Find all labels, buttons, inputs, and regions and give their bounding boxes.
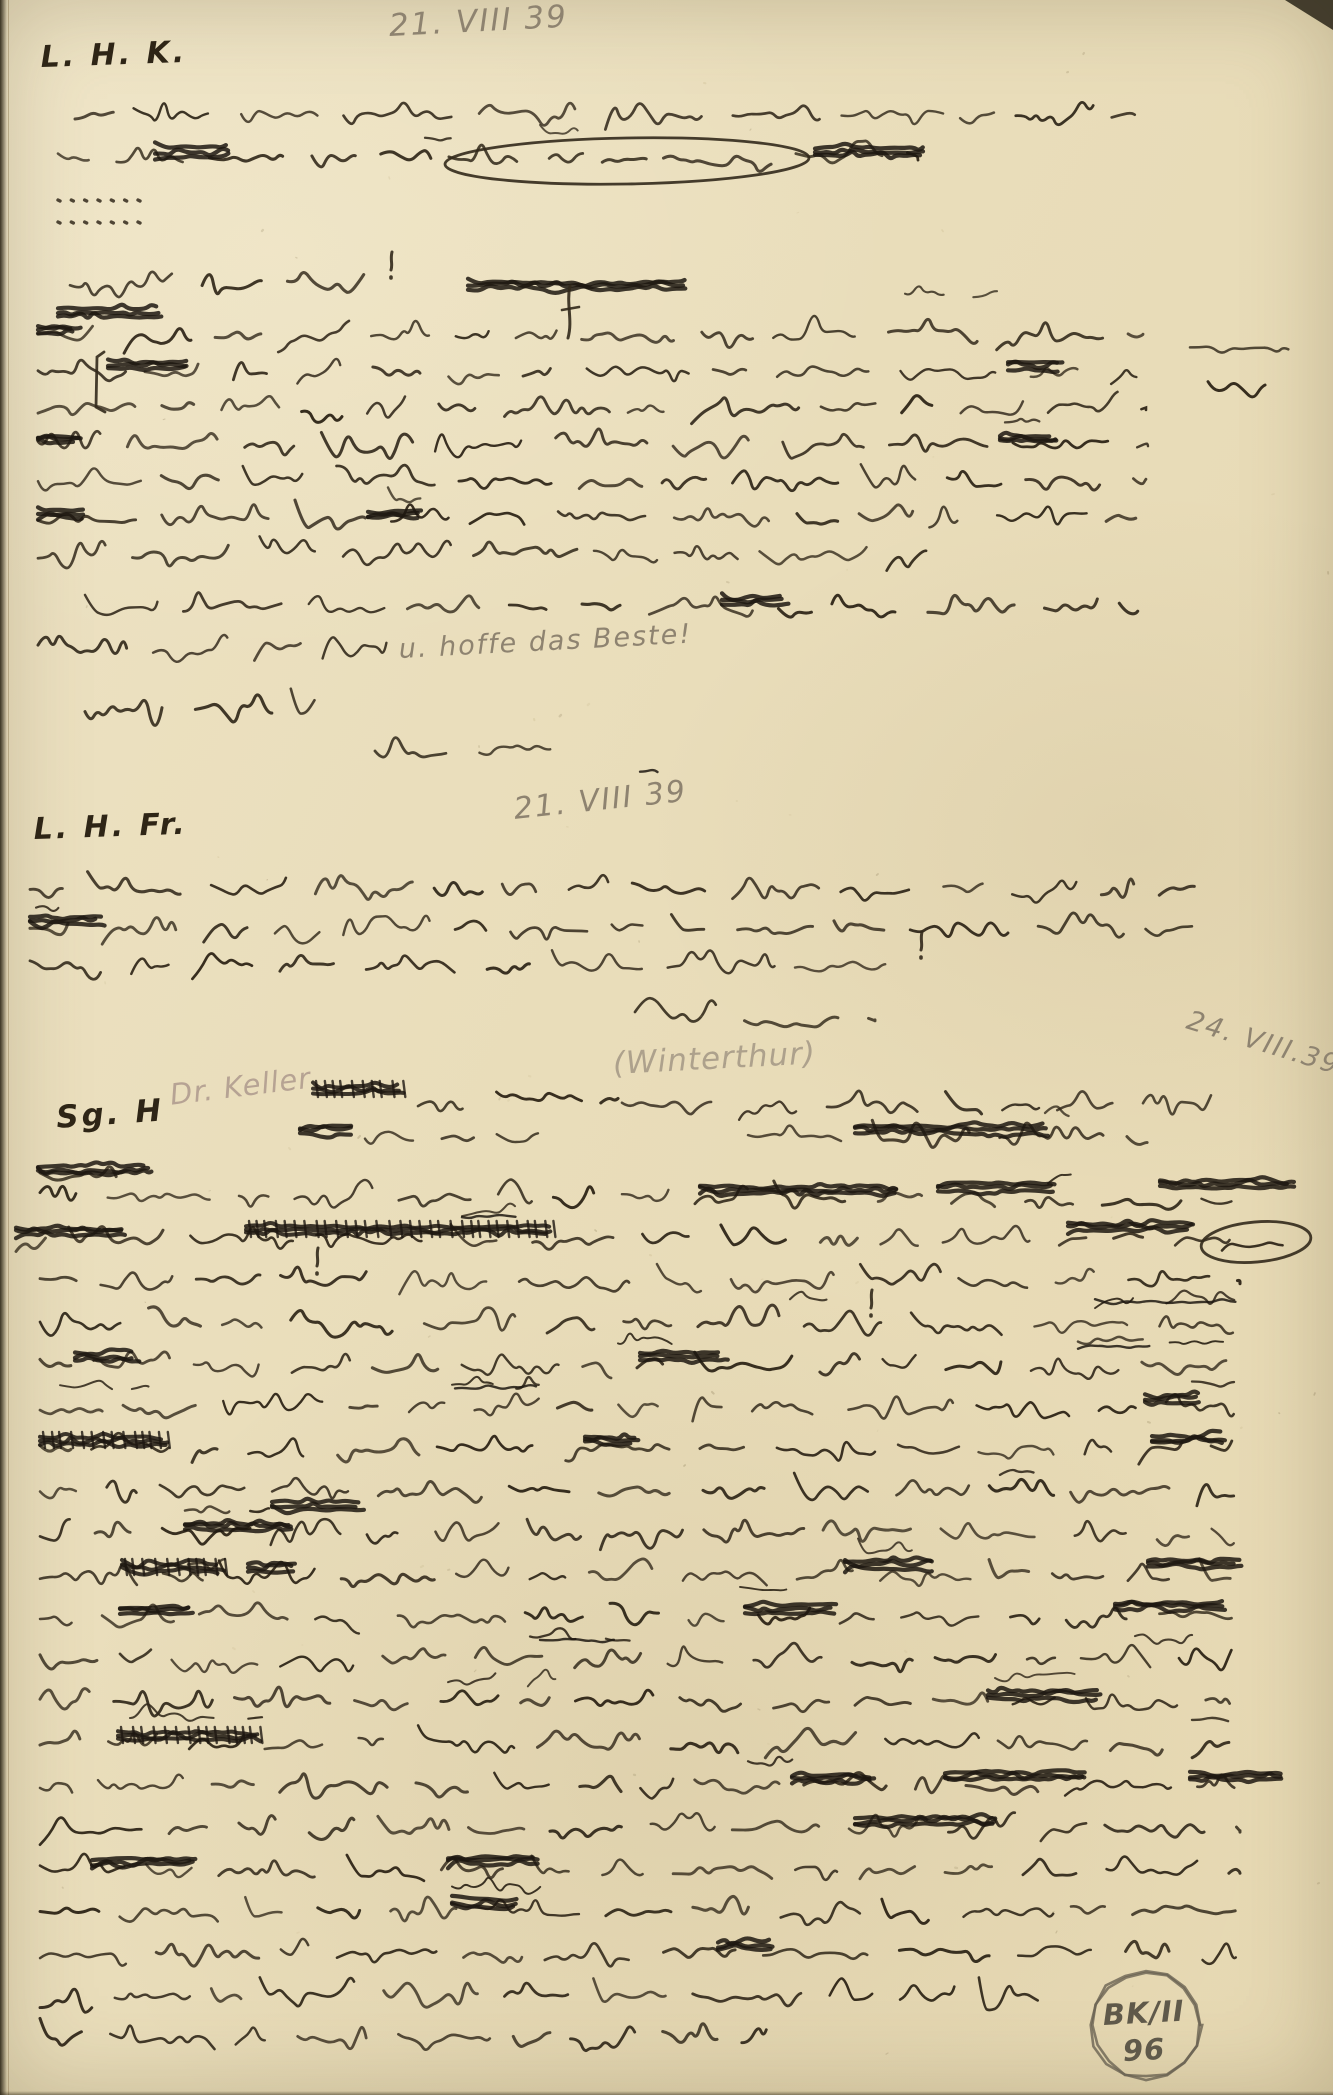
page-edge-line	[8, 0, 9, 2095]
stamp-code: BK/II	[1102, 1994, 1185, 2032]
page-bottom-edge	[0, 2091, 1333, 2095]
manuscript-page: 21. VIII 39 L. H. K. u. hoffe das Beste!…	[0, 0, 1333, 2095]
salutation-letter2: L. H. Fr.	[33, 807, 188, 847]
salutation-letter1: L. H. K.	[40, 35, 188, 75]
page-left-edge	[0, 0, 7, 2095]
stamp-number: 96	[1122, 2032, 1166, 2068]
salutation-letter3: Sg. H	[55, 1092, 165, 1135]
page-corner-fold	[1285, 0, 1333, 30]
